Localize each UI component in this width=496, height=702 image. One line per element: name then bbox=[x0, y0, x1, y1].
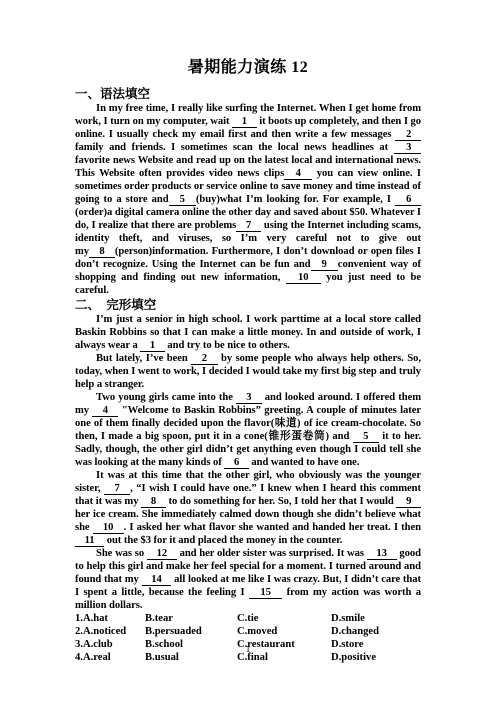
blank-9: 9 bbox=[311, 259, 338, 271]
option-cell: D.changed bbox=[331, 625, 421, 638]
blank-7: 7 bbox=[236, 220, 261, 232]
blank-2: 2 bbox=[191, 353, 217, 365]
blank-7: 7 bbox=[104, 483, 130, 495]
blank-8: 8 bbox=[141, 496, 166, 508]
paragraph: But lately, I’ve been 2 by some people w… bbox=[75, 352, 421, 391]
blank-1: 1 bbox=[232, 116, 256, 128]
blank-11: 11 bbox=[75, 535, 104, 547]
paragraph: It was at this time that the other girl,… bbox=[75, 469, 421, 547]
blank-15: 15 bbox=[249, 587, 282, 599]
section-heading-2: 二、 完形填空 bbox=[75, 297, 421, 313]
option-cell: B.persuaded bbox=[145, 625, 237, 638]
document-title: 暑期能力演练 12 bbox=[75, 58, 421, 77]
option-cell: C.moved bbox=[237, 625, 331, 638]
paragraph: I’m just a senior in high school. I work… bbox=[75, 313, 421, 352]
blank-5: 5 bbox=[353, 431, 379, 443]
paragraph: Two young girls came into the 3 and look… bbox=[75, 391, 421, 469]
blank-4: 4 bbox=[92, 405, 118, 417]
option-cell: B.tear bbox=[145, 612, 237, 625]
page-number: 1 bbox=[0, 644, 496, 654]
blank-4: 4 bbox=[284, 168, 312, 180]
section-heading-1: 一、语法填空 bbox=[75, 86, 421, 102]
blank-3: 3 bbox=[236, 392, 262, 404]
option-row-1: 1.A.hatB.tearC.tieD.smile bbox=[75, 612, 421, 625]
worksheet-page: 暑期能力演练 12 一、语法填空In my free time, I reall… bbox=[0, 0, 496, 702]
option-cell: D.smile bbox=[331, 612, 421, 625]
options-table: 1.A.hatB.tearC.tieD.smile2.A.noticedB.pe… bbox=[75, 612, 421, 664]
option-cell: 2.A.noticed bbox=[75, 625, 145, 638]
blank-9: 9 bbox=[396, 496, 421, 508]
option-row-2: 2.A.noticedB.persuadedC.movedD.changed bbox=[75, 625, 421, 638]
option-cell: 1.A.hat bbox=[75, 612, 145, 625]
paragraph: She was so 12 and her older sister was s… bbox=[75, 547, 421, 612]
blank-12: 12 bbox=[147, 548, 177, 560]
blank-10: 10 bbox=[286, 272, 321, 284]
blank-2: 2 bbox=[395, 129, 421, 141]
blank-1: 1 bbox=[140, 340, 164, 352]
blank-3: 3 bbox=[394, 142, 421, 154]
blank-14: 14 bbox=[142, 574, 172, 586]
sections-container: 一、语法填空In my free time, I really like sur… bbox=[75, 86, 421, 612]
blank-10: 10 bbox=[93, 522, 124, 534]
paragraph: In my free time, I really like surfing t… bbox=[75, 102, 421, 297]
blank-6: 6 bbox=[224, 457, 248, 469]
blank-8: 8 bbox=[89, 246, 115, 258]
blank-6: 6 bbox=[395, 194, 421, 206]
option-cell: C.tie bbox=[237, 612, 331, 625]
blank-13: 13 bbox=[367, 548, 397, 560]
blank-5: 5 bbox=[169, 194, 196, 206]
